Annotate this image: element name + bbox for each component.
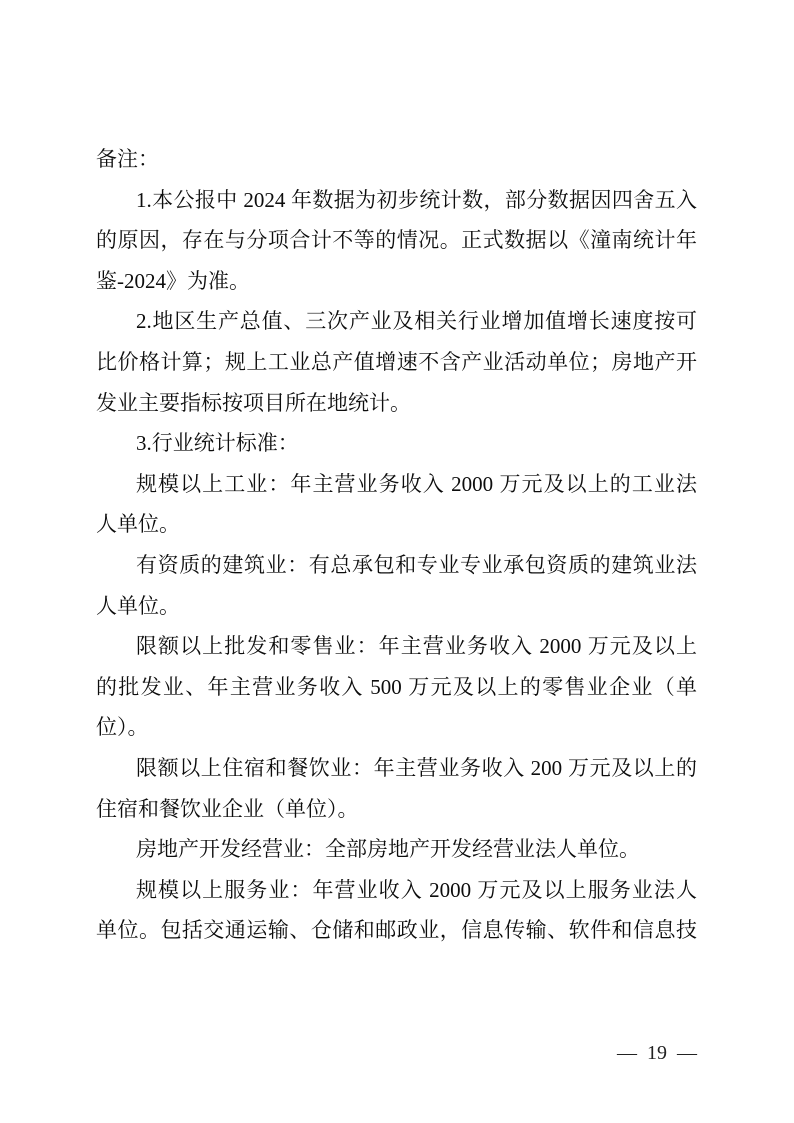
- text-line: 发业主要指标按项目所在地统计。: [96, 383, 697, 424]
- page-number: — 19 —: [617, 1042, 697, 1064]
- text-line: 住宿和餐饮业企业（单位）。: [96, 789, 697, 830]
- text-line: 鉴-2024》为准。: [96, 261, 697, 302]
- text-line: 位）。: [96, 707, 697, 748]
- document-body: 备注：1.本公报中 2024 年数据为初步统计数，部分数据因四舍五入的原因，存在…: [96, 139, 697, 951]
- document-page: 备注：1.本公报中 2024 年数据为初步统计数，部分数据因四舍五入的原因，存在…: [0, 0, 794, 1123]
- text-line: 单位。包括交通运输、仓储和邮政业，信息传输、软件和信息技: [96, 910, 697, 951]
- text-line: 规模以上服务业：年营业收入 2000 万元及以上服务业法人: [96, 870, 697, 911]
- text-line: 备注：: [96, 139, 697, 180]
- text-line: 有资质的建筑业：有总承包和专业专业承包资质的建筑业法: [96, 545, 697, 586]
- text-line: 的批发业、年主营业务收入 500 万元及以上的零售业企业（单: [96, 667, 697, 708]
- text-line: 3.行业统计标准：: [96, 423, 697, 464]
- text-line: 人单位。: [96, 586, 697, 627]
- text-line: 房地产开发经营业：全部房地产开发经营业法人单位。: [96, 829, 697, 870]
- text-line: 限额以上住宿和餐饮业：年主营业务收入 200 万元及以上的: [96, 748, 697, 789]
- text-line: 的原因，存在与分项合计不等的情况。正式数据以《潼南统计年: [96, 220, 697, 261]
- text-line: 人单位。: [96, 504, 697, 545]
- text-line: 限额以上批发和零售业：年主营业务收入 2000 万元及以上: [96, 626, 697, 667]
- text-line: 规模以上工业：年主营业务收入 2000 万元及以上的工业法: [96, 464, 697, 505]
- text-line: 比价格计算；规上工业总产值增速不含产业活动单位；房地产开: [96, 342, 697, 383]
- text-line: 1.本公报中 2024 年数据为初步统计数，部分数据因四舍五入: [96, 180, 697, 221]
- page-footer: — 19 —: [617, 1041, 697, 1065]
- text-line: 2.地区生产总值、三次产业及相关行业增加值增长速度按可: [96, 301, 697, 342]
